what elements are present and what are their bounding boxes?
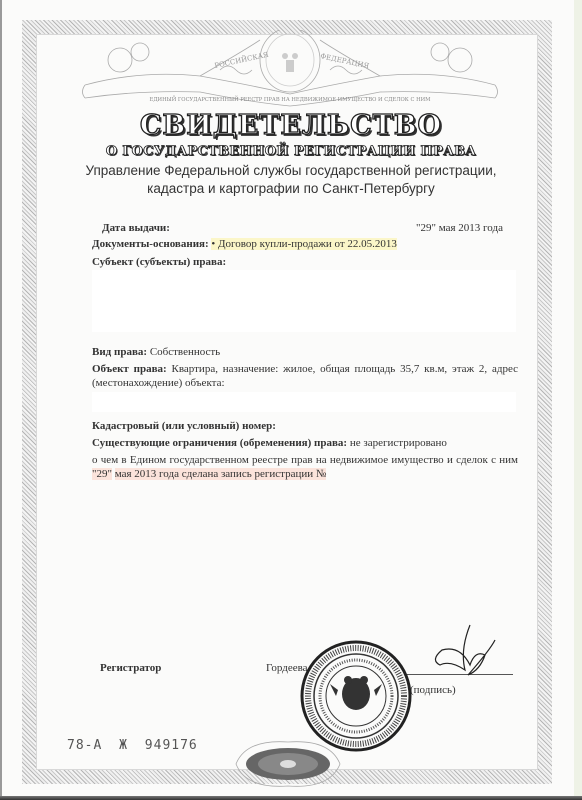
svg-text:ЕДИНЫЙ ГОСУДАРСТВЕННЫЙ РЕЕСТР: ЕДИНЫЙ ГОСУДАРСТВЕННЫЙ РЕЕСТР ПРАВ НА НЕ… (150, 95, 432, 103)
hologram-rosette-icon (226, 734, 350, 790)
svg-text:РОССИЙСКАЯ: РОССИЙСКАЯ (214, 50, 270, 70)
coat-of-arms-banner-icon: РОССИЙСКАЯ ФЕДЕРАЦИЯ ЕДИНЫЙ ГОСУДАРСТВЕН… (80, 30, 500, 112)
cadastral-number-label: Кадастровый (или условный) номер: (92, 420, 276, 432)
signature-caption: (подпись) (410, 684, 456, 696)
issuing-agency: Управление Федеральной службы государств… (0, 162, 582, 198)
serial-number: 78-А Ж 949176 (67, 738, 198, 753)
certificate-subtitle: О ГОСУДАРСТВЕННОЙ РЕГИСТРАЦИИ ПРАВА (0, 144, 582, 159)
certificate-title: СВИДЕТЕЛЬСТВО (0, 110, 582, 141)
subjects-label: Субъект (субъекты) права: (92, 256, 226, 268)
basis-documents-value: • Договор купли-продажи от 22.05.2013 (211, 238, 397, 250)
right-type: Вид права: Собственность (92, 346, 220, 358)
signature-icon (420, 620, 500, 680)
registry-note: о чем в Едином государственном реестре п… (92, 453, 518, 481)
issue-date-label: Дата выдачи: (102, 222, 170, 234)
object-description: Объект права: Квартира, назначение: жило… (92, 362, 518, 390)
page-shadow (0, 796, 582, 800)
issue-date-value: "29" мая 2013 года (416, 222, 503, 234)
redacted-address (92, 392, 516, 412)
restrictions: Существующие ограничения (обременения) п… (92, 437, 447, 449)
svg-text:ФЕДЕРАЦИЯ: ФЕДЕРАЦИЯ (320, 52, 371, 70)
registrar-label: Регистратор (100, 662, 161, 674)
basis-documents: Документы-основания: • Договор купли-про… (92, 238, 397, 250)
redacted-subjects (92, 270, 516, 332)
